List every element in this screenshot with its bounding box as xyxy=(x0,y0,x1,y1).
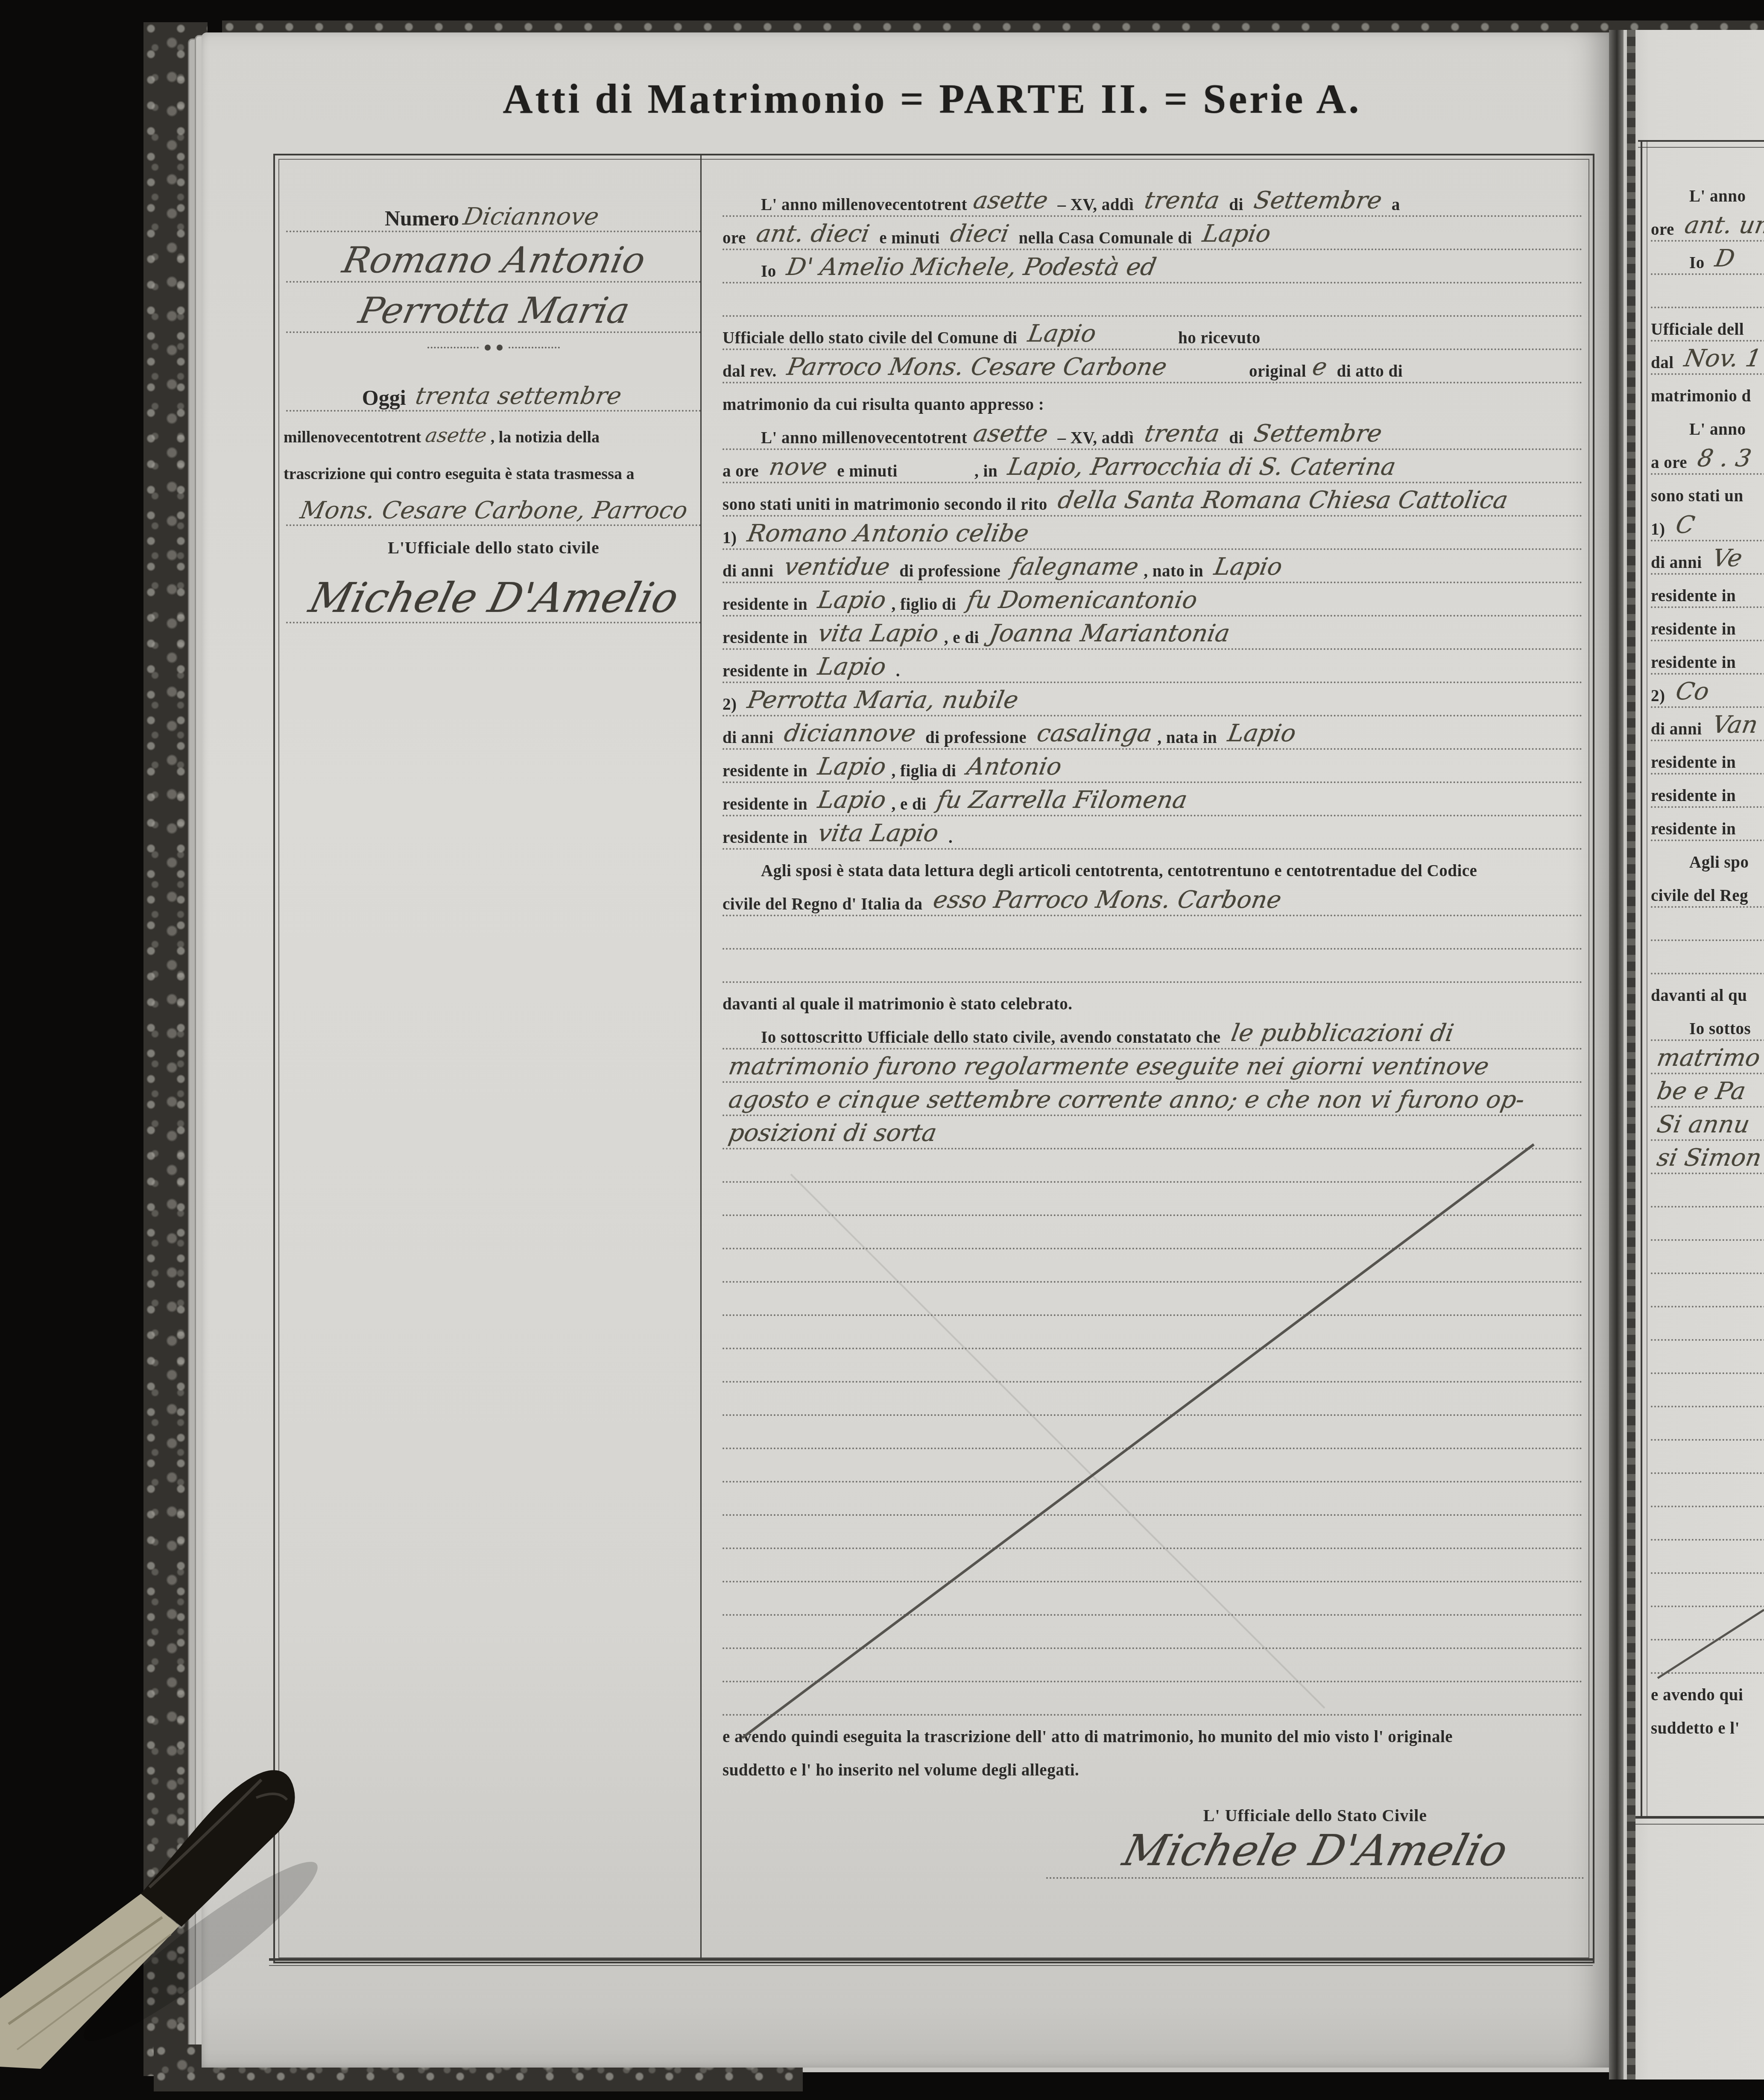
handwritten-text: D xyxy=(1706,245,1743,278)
handwritten-text: trenta xyxy=(1135,420,1228,453)
form-line: di anni ventidue di professione falegnam… xyxy=(723,553,1583,586)
form-line: 2) Perrotta Maria, nubile xyxy=(723,686,1583,719)
form-line xyxy=(1651,1576,1764,1610)
form-line xyxy=(1651,1443,1764,1477)
handwritten-text: nove xyxy=(761,453,836,486)
handwritten-text: diciannove xyxy=(775,719,924,752)
printed-text: . xyxy=(944,828,953,852)
form-line xyxy=(1651,1343,1764,1377)
form-line: dal Nov. 1 xyxy=(1651,344,1764,377)
form-line: Io D xyxy=(1651,244,1764,278)
handwritten-text: Lapio xyxy=(1019,320,1104,353)
printed-text: , nata in xyxy=(1157,728,1221,752)
form-line: matrimonio d xyxy=(1651,377,1764,411)
handwritten-text: Parroco Mons. Cesare Carbone xyxy=(778,353,1175,386)
form-line: suddetto e l' ho inserito nel volume deg… xyxy=(723,1752,1583,1785)
form-line xyxy=(1651,1410,1764,1443)
form-frame xyxy=(1641,140,1647,1816)
divider-ornament xyxy=(284,336,704,360)
printed-text: nella Casa Comunale di xyxy=(1014,228,1196,253)
form-line xyxy=(1651,1510,1764,1543)
printed-text: suddetto e l' xyxy=(1651,1719,1740,1743)
handwritten-text: si Simon xyxy=(1648,1144,1764,1177)
printed-text: di anni xyxy=(723,728,778,752)
form-line: L' anno millenovecentotrentasette – XV, … xyxy=(723,186,1583,219)
form-line xyxy=(1651,278,1764,311)
adjacent-register-page: L' annoore ant. unIo DUfficiale delldal … xyxy=(1624,30,1764,2080)
printed-text: di atto di xyxy=(1332,362,1403,386)
form-line: residente in xyxy=(1651,810,1764,844)
form-line: a ore 8 . 3 xyxy=(1651,444,1764,477)
form-line xyxy=(723,1352,1583,1385)
handwritten-text: Lapio xyxy=(809,786,895,819)
handwritten-text: Lapio xyxy=(809,753,895,786)
printed-text: di anni xyxy=(723,562,778,586)
form-line xyxy=(1651,1477,1764,1510)
form-line xyxy=(723,1219,1583,1252)
form-line: residente in xyxy=(1651,577,1764,611)
form-line: residente in xyxy=(1651,777,1764,810)
printed-text: di anni xyxy=(1651,719,1706,744)
handwritten-text: asette xyxy=(964,420,1056,453)
handwritten-text: e xyxy=(1303,353,1335,386)
form-line xyxy=(1651,1243,1764,1277)
form-line: Agli spo xyxy=(1651,844,1764,877)
printed-text: residente in xyxy=(723,661,812,686)
printed-text: , e di xyxy=(892,795,931,819)
printed-text: di xyxy=(1225,195,1248,219)
printed-text: e minuti xyxy=(833,462,902,486)
margin-column: Numero Diciannove Romano Antonio Perrott… xyxy=(284,179,704,626)
printed-text: L' anno millenovecentotrent xyxy=(761,195,967,219)
printed-text: 1) xyxy=(1651,520,1670,544)
form-line: sono stati uniti in matrimonio secondo i… xyxy=(723,486,1583,519)
handwritten-text: Lapio xyxy=(1205,553,1290,586)
official-title-row: L'Ufficiale dello stato civile xyxy=(284,536,704,562)
printed-text: , figlia di xyxy=(892,761,961,786)
printed-text: Io xyxy=(1689,253,1709,278)
printed-text: di xyxy=(1225,428,1248,453)
form-line: Io D' Amelio Michele, Podestà ed xyxy=(723,253,1583,286)
printed-text: L' anno millenovecentotrent xyxy=(761,428,967,453)
handwritten-text: Settembre xyxy=(1245,187,1390,219)
handwritten-text: Ve xyxy=(1703,544,1750,577)
official-title: L'Ufficiale dello stato civile xyxy=(388,538,599,562)
handwritten-text: trenta settembre xyxy=(408,382,628,414)
margin-note-line: Oggi trenta settembre xyxy=(284,360,704,414)
printed-text: a ore xyxy=(723,462,763,486)
handwritten-text: Si annu xyxy=(1648,1111,1758,1144)
printed-text: Ufficiale dell xyxy=(1651,320,1744,344)
official-signature: Michele D'Amelio xyxy=(304,574,684,626)
printed-text: residente in xyxy=(1651,620,1736,644)
form-line xyxy=(1651,944,1764,977)
printed-text: Oggi xyxy=(362,385,411,414)
printed-text: Agli spo xyxy=(1689,853,1749,877)
act-number-row: Numero Diciannove xyxy=(284,179,704,235)
form-line: Agli sposi è stata data lettura degli ar… xyxy=(723,852,1583,886)
form-line xyxy=(723,1552,1583,1585)
groom-name-text: Romano Antonio xyxy=(338,239,649,285)
printed-text: 2) xyxy=(723,695,741,719)
form-line xyxy=(723,1485,1583,1518)
blank-field xyxy=(1101,348,1174,353)
form-line xyxy=(723,1452,1583,1485)
margin-note-line: millenovecentotrent asette , la notizia … xyxy=(284,414,704,451)
printed-text: , nato in xyxy=(1144,562,1208,586)
form-line xyxy=(1651,1177,1764,1210)
form-line: Ufficiale dell xyxy=(1651,311,1764,344)
form-line: di anni Ve xyxy=(1651,544,1764,577)
form-line xyxy=(723,919,1583,952)
groom-name: Romano Antonio xyxy=(284,235,704,285)
printed-text: Agli sposi è stata data lettura degli ar… xyxy=(761,861,1477,886)
form-line: residente in vita Lapio, e di Joanna Mar… xyxy=(723,619,1583,652)
handwritten-text: Settembre xyxy=(1245,420,1390,453)
form-line: L' anno xyxy=(1651,411,1764,444)
form-line: residente in xyxy=(1651,744,1764,777)
printed-text: matrimonio d xyxy=(1651,386,1751,411)
handwritten-text: Mons. Cesare Carbone, Parroco xyxy=(293,497,694,529)
form-line: matrimonio furono regolarmente eseguite … xyxy=(723,1052,1583,1085)
handwritten-text: dieci xyxy=(941,220,1017,253)
form-line xyxy=(723,1685,1583,1718)
form-line: davanti al quale il matrimonio è stato c… xyxy=(723,986,1583,1019)
form-line xyxy=(723,1152,1583,1185)
printed-text: suddetto e l' ho inserito nel volume deg… xyxy=(723,1761,1079,1785)
form-line xyxy=(723,1285,1583,1319)
form-line: L' anno xyxy=(1651,178,1764,211)
printed-text: millenovecentotrent xyxy=(284,428,421,451)
form-line xyxy=(1651,1377,1764,1410)
form-line: dal rev. Parroco Mons. Cesare Carbone or… xyxy=(723,353,1583,386)
printed-text: residente in xyxy=(723,795,812,819)
handwritten-text: D' Amelio Michele, Podestà ed xyxy=(778,253,1164,286)
printed-text: ho ricevuto xyxy=(1174,328,1261,353)
act-text-column: L' annoore ant. unIo DUfficiale delldal … xyxy=(1651,178,1764,1743)
form-line: 1) Romano Antonio celibe xyxy=(723,519,1583,553)
handwritten-text: Lapio, Parrocchia di S. Caterina xyxy=(999,453,1404,486)
printed-text: di professione xyxy=(895,562,1005,586)
form-line: ore ant. dieci e minuti dieci nella Casa… xyxy=(723,219,1583,253)
form-line: 1) C xyxy=(1651,511,1764,544)
form-line: davanti al qu xyxy=(1651,977,1764,1010)
handwritten-text: ant. dieci xyxy=(747,220,878,253)
printed-text: 2) xyxy=(1651,686,1670,711)
form-line: civile del Reg xyxy=(1651,877,1764,910)
form-line: agosto e cinque settembre corrente anno;… xyxy=(723,1085,1583,1119)
form-line xyxy=(723,286,1583,319)
act-text-column: L' anno millenovecentotrentasette – XV, … xyxy=(723,186,1583,1785)
handwritten-text: Lapio xyxy=(809,653,895,686)
form-line xyxy=(723,1518,1583,1552)
printed-text: Io sottos xyxy=(1689,1019,1751,1044)
form-line xyxy=(723,1319,1583,1352)
form-line xyxy=(723,1252,1583,1285)
handwritten-text: Lapio xyxy=(1219,719,1304,752)
printed-text: residente in xyxy=(723,828,812,852)
handwritten-text: casalinga xyxy=(1028,719,1161,752)
handwritten-text: Romano Antonio celibe xyxy=(738,520,1037,553)
printed-text: civile del Regno d' Italia da xyxy=(723,895,927,919)
stitching-strip xyxy=(1627,30,1635,2080)
printed-text: residente in xyxy=(1651,786,1736,810)
printed-text: davanti al quale il matrimonio è stato c… xyxy=(723,994,1073,1019)
form-line: Si annu xyxy=(1651,1110,1764,1144)
handwritten-text: della Santa Romana Chiesa Cattolica xyxy=(1049,486,1516,519)
form-frame xyxy=(1638,140,1764,148)
form-line: matrimo xyxy=(1651,1044,1764,1077)
form-line xyxy=(723,1185,1583,1219)
form-line: e avendo qui xyxy=(1651,1676,1764,1710)
printed-text: residente in xyxy=(1651,653,1736,677)
form-line xyxy=(723,1618,1583,1652)
printed-text: di anni xyxy=(1651,553,1706,577)
handwritten-text: Antonio xyxy=(958,753,1070,786)
printed-text: di professione xyxy=(921,728,1031,752)
handwritten-text: fu Domenicantonio xyxy=(958,586,1205,619)
handwritten-text: ant. un xyxy=(1676,211,1764,244)
printed-text: sono stati uniti in matrimonio secondo i… xyxy=(723,495,1052,519)
closing-signature-label: L' Ufficiale dello Stato Civile xyxy=(1046,1805,1584,1825)
scanned-register-photo: { "title": "Atti di Matrimonio = PARTE I… xyxy=(0,0,1764,2100)
printed-text: , in xyxy=(974,462,1002,486)
form-line: 2) Co xyxy=(1651,677,1764,711)
closing-signature-block: L' Ufficiale dello Stato Civile Michele … xyxy=(1046,1805,1584,1879)
form-line: e avendo quindi eseguita la trascrizione… xyxy=(723,1718,1583,1752)
form-line: be e Pa xyxy=(1651,1077,1764,1110)
form-line xyxy=(1651,1277,1764,1310)
margin-note-line: Mons. Cesare Carbone, Parroco xyxy=(284,488,704,529)
page-title: Atti di Matrimonio = PARTE II. = Serie A… xyxy=(273,75,1591,123)
printed-text: dal xyxy=(1651,353,1678,377)
form-line xyxy=(723,1385,1583,1419)
printed-text: ore xyxy=(723,228,750,253)
handwritten-text: Nov. 1 xyxy=(1675,345,1764,377)
numero-label: Numero xyxy=(385,206,459,235)
handwritten-text: ventidue xyxy=(775,553,898,586)
handwritten-text: posizioni di sorta xyxy=(720,1119,945,1152)
form-line: Io sottoscritto Ufficiale dello stato ci… xyxy=(723,1019,1583,1052)
printed-text: , la notizia della xyxy=(491,428,600,451)
form-line: residente in Lapio . xyxy=(723,652,1583,686)
form-line xyxy=(1651,1210,1764,1243)
printed-text: trascrizione qui contro eseguita è stata… xyxy=(284,465,634,488)
handwritten-text: agosto e cinque settembre corrente anno;… xyxy=(720,1086,1533,1119)
form-line: di anni Van xyxy=(1651,711,1764,744)
handwritten-text: matrimonio furono regolarmente eseguite … xyxy=(720,1053,1497,1085)
form-line: residente in vita Lapio . xyxy=(723,819,1583,852)
printed-text: , figlio di xyxy=(892,595,961,619)
form-line: matrimonio da cui risulta quanto appress… xyxy=(723,386,1583,419)
form-line: residente in Lapio, figlio di fu Domenic… xyxy=(723,586,1583,619)
handwritten-text: esso Parroco Mons. Carbone xyxy=(924,886,1290,919)
form-line xyxy=(1651,1643,1764,1676)
handwritten-text: le pubblicazioni di xyxy=(1222,1019,1462,1052)
form-line: residente in Lapio, figlia di Antonio xyxy=(723,752,1583,786)
form-line: Ufficiale dello stato civile del Comune … xyxy=(723,319,1583,353)
printed-text: a xyxy=(1387,195,1400,219)
handwritten-text: Co xyxy=(1667,678,1717,711)
printed-text: , e di xyxy=(944,628,983,652)
form-line xyxy=(723,1419,1583,1452)
handwritten-text: asette xyxy=(419,424,493,451)
form-line xyxy=(723,952,1583,986)
printed-text: residente in xyxy=(1651,586,1736,611)
form-line: posizioni di sorta xyxy=(723,1119,1583,1152)
form-line: residente in Lapio, e di fu Zarrella Fil… xyxy=(723,786,1583,819)
printed-text: residente in xyxy=(1651,753,1736,777)
form-frame-bottom-rule xyxy=(269,1958,1593,1966)
handwritten-text: be e Pa xyxy=(1648,1077,1754,1110)
form-line: ore ant. un xyxy=(1651,211,1764,244)
handwritten-text: Lapio xyxy=(809,586,895,619)
form-line xyxy=(1651,910,1764,944)
form-line xyxy=(1651,1543,1764,1576)
handwritten-text: trenta xyxy=(1135,187,1228,219)
form-line: residente in xyxy=(1651,644,1764,677)
margin-note-line: trascrizione qui contro eseguita è stata… xyxy=(284,451,704,488)
printed-text: L' anno xyxy=(1689,420,1746,444)
printed-text: a ore xyxy=(1651,453,1691,477)
printed-text: . xyxy=(892,661,901,686)
form-line: residente in xyxy=(1651,611,1764,644)
closing-signature: Michele D'Amelio xyxy=(1118,1825,1512,1875)
form-line: civile del Regno d' Italia da esso Parro… xyxy=(723,886,1583,919)
printed-text: davanti al qu xyxy=(1651,986,1747,1010)
handwritten-text: matrimo xyxy=(1648,1044,1764,1077)
book-gutter xyxy=(1609,30,1624,2080)
handwritten-text: falegname xyxy=(1002,553,1147,586)
printed-text: Io xyxy=(761,262,781,286)
form-line: di anni diciannove di professione casali… xyxy=(723,719,1583,752)
handwritten-text: Joanna Mariantonia xyxy=(980,620,1238,652)
printed-text: sono stati un xyxy=(1651,486,1744,511)
printed-text: civile del Reg xyxy=(1651,886,1748,910)
numero-value: Diciannove xyxy=(456,203,605,235)
printed-text: residente in xyxy=(723,761,812,786)
printed-text: L' anno xyxy=(1689,187,1746,211)
handwritten-text: fu Zarrella Filomena xyxy=(928,786,1195,819)
handwritten-text: vita Lapio xyxy=(809,620,947,652)
handwritten-text: vita Lapio xyxy=(809,819,947,852)
form-line xyxy=(1651,1610,1764,1643)
form-line: a ore nove e minuti , in Lapio, Parrocch… xyxy=(723,453,1583,486)
handwritten-text: Van xyxy=(1703,711,1764,744)
form-line: si Simon xyxy=(1651,1144,1764,1177)
signature-rule xyxy=(1046,1877,1584,1879)
blank-field xyxy=(902,481,974,486)
form-line: sono stati un xyxy=(1651,477,1764,511)
printed-text: matrimonio da cui risulta quanto appress… xyxy=(723,395,1044,419)
form-line: suddetto e l' xyxy=(1651,1710,1764,1743)
form-line: Io sottos xyxy=(1651,1010,1764,1044)
printed-text: residente in xyxy=(1651,819,1736,844)
handwritten-text: C xyxy=(1667,511,1703,544)
printed-text: – XV, addì xyxy=(1053,428,1138,453)
printed-text: dal rev. xyxy=(723,362,781,386)
printed-text: ore xyxy=(1651,220,1679,244)
printed-text: e avendo qui xyxy=(1651,1685,1743,1710)
handwritten-text: 8 . 3 xyxy=(1689,445,1760,477)
printed-text: e avendo quindi eseguita la trascrizione… xyxy=(723,1727,1453,1752)
printed-text: e minuti xyxy=(875,228,944,253)
printed-text: 1) xyxy=(723,528,741,553)
bride-name-text: Perrotta Maria xyxy=(354,290,633,336)
form-line: L' anno millenovecentotrentasette – XV, … xyxy=(723,419,1583,453)
handwritten-text: Lapio xyxy=(1194,220,1279,253)
blank-field xyxy=(1172,381,1245,386)
printed-text: residente in xyxy=(723,595,812,619)
form-frame-bottom-rule xyxy=(1635,1816,1764,1825)
printed-text: – XV, addì xyxy=(1053,195,1138,219)
form-line xyxy=(1651,1310,1764,1343)
printed-text: Ufficiale dello stato civile del Comune … xyxy=(723,328,1022,353)
printed-text: Io sottoscritto Ufficiale dello stato ci… xyxy=(761,1028,1225,1052)
form-line xyxy=(723,1585,1583,1618)
handwritten-text: asette xyxy=(964,187,1056,219)
printed-text: residente in xyxy=(723,628,812,652)
official-signature-row: Michele D'Amelio xyxy=(284,562,704,626)
form-line xyxy=(723,1652,1583,1685)
printed-text: original xyxy=(1245,362,1306,386)
bride-name: Perrotta Maria xyxy=(284,285,704,336)
handwritten-text: Perrotta Maria, nubile xyxy=(738,686,1027,719)
